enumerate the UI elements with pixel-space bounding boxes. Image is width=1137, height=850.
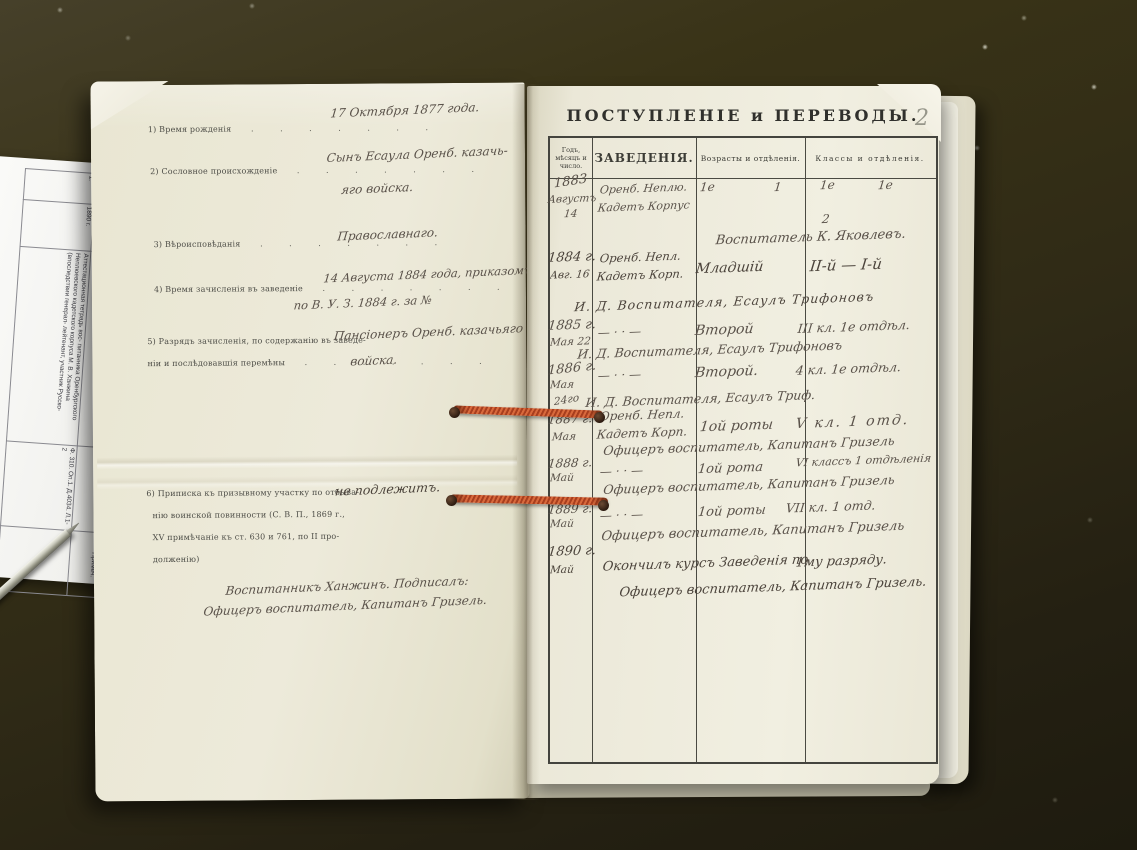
form-label-conscription-1: 6) Приписка къ призывному участку по отб…: [146, 488, 359, 498]
hw-row0-age-1: 1е: [699, 180, 715, 195]
slip-cell-date: 1890 г.: [20, 200, 94, 252]
hw-row2-ditto: — · · —: [597, 324, 642, 339]
hw-enrollment-value-2: по В. У. З. 1884 г. за №: [293, 293, 432, 313]
hw-row0-class-1: 1е: [819, 178, 835, 193]
form-label-estate: 2) Сословное происхожденіе: [150, 165, 481, 176]
hw-row5-month: Май: [549, 472, 574, 485]
form-label-birth: 1) Время рожденія: [148, 123, 435, 134]
hw-row1-month: Авг. 16: [549, 268, 590, 281]
form-label-conscription-2: нію воинской повинности (С. В. П., 1869 …: [152, 510, 345, 520]
hw-row5-age: 1ой рота: [697, 460, 764, 477]
hw-row2-year: 1885 г.: [547, 317, 597, 334]
hw-conscription-value: не подлежитъ.: [334, 479, 441, 498]
binding-hole-top-right: [594, 412, 605, 423]
binding-hole-bottom-left: [446, 495, 457, 506]
hw-row7-year: 1890 г.: [547, 543, 597, 560]
hw-birth-value: 17 Октября 1877 года.: [330, 100, 480, 120]
hw-row5-year: 1888 г.: [547, 455, 593, 471]
hw-category-value-1: Пансіонеръ Оренб. казачьяго: [333, 321, 524, 343]
binding-hole-bottom-right: [598, 500, 609, 511]
hw-row3-month: Мая: [549, 379, 574, 392]
table-title: ПОСТУПЛЕНІЕ и ПЕРЕВОДЫ.: [548, 106, 938, 125]
hw-row0-age-2: 1: [773, 180, 782, 194]
hw-row4-age: 1ой роты: [699, 417, 774, 436]
form-label-category-2: ніи и послѣдовавшія перемѣны: [147, 357, 488, 368]
hw-row6-class: VII кл. 1 отд.: [785, 497, 876, 515]
col-header-ages: Возрасты и отдѣленія.: [697, 138, 804, 178]
hw-row5-ditto: — · · —: [599, 463, 644, 478]
col-header-classes: Классы и отдѣленія.: [806, 138, 934, 178]
left-page-corner-fold: [90, 81, 168, 130]
hw-row6-age: 1ой роты: [697, 503, 767, 520]
hw-estate-value-1: Сынъ Есаула Оренб. казачь-: [326, 143, 509, 165]
left-page: 1) Время рожденія 17 Октября 1877 года. …: [91, 82, 530, 801]
hw-row1-year: 1884 г.: [547, 249, 597, 266]
hw-row4-institution-1: Оренб. Непл.: [599, 407, 685, 424]
hw-row0-class-3: 2: [821, 212, 830, 226]
right-page: 2 ПОСТУПЛЕНІЕ и ПЕРЕВОДЫ. Годъ, мѣсяцъ и…: [527, 86, 939, 784]
column-divider-1: [592, 138, 593, 762]
form-label-conscription-4: долженію): [153, 555, 200, 564]
hw-row0-class-2: 1е: [877, 178, 893, 193]
hw-row1-institution-1: Оренб. Непл.: [599, 249, 682, 266]
hw-row3-age: Второй.: [694, 363, 759, 381]
admission-transfers-table: ПОСТУПЛЕНІЕ и ПЕРЕВОДЫ. Годъ, мѣсяцъ и ч…: [548, 104, 938, 766]
slip-cell-ref: Ф. 310. Оп.1. Д.4034. Л.1-2: [1, 441, 78, 531]
pencil-page-number: 2: [915, 106, 929, 131]
hw-row1-age: Младшій: [695, 259, 764, 277]
hw-row0-day: 14: [563, 208, 578, 220]
binding-hole-top-left: [449, 407, 460, 418]
slip-cell-num: 1.: [23, 169, 96, 205]
hw-row0-month: Августъ: [547, 192, 597, 206]
col-header-institution: ЗАВЕДЕНІЯ.: [593, 138, 695, 178]
hw-row4-month: Мая: [551, 431, 576, 444]
hw-row3-ditto: — · · —: [597, 367, 642, 382]
form-label-conscription-3: XV примѣчаніе къ ст. 630 и 761, по II пр…: [153, 532, 340, 542]
hw-row1-class: II-й — I-й: [809, 255, 883, 275]
hw-estate-value-2: яго войска.: [340, 180, 414, 197]
slip-cell-title: Аттестационная тетрадь вос- питанника Ор…: [6, 246, 90, 445]
hw-category-value-2: войска.: [350, 353, 398, 369]
hw-row7-month: Май: [549, 564, 574, 577]
page-crease: [97, 455, 517, 470]
hw-row6-month: Май: [549, 518, 574, 531]
hw-row2-age: Второй: [694, 321, 754, 339]
